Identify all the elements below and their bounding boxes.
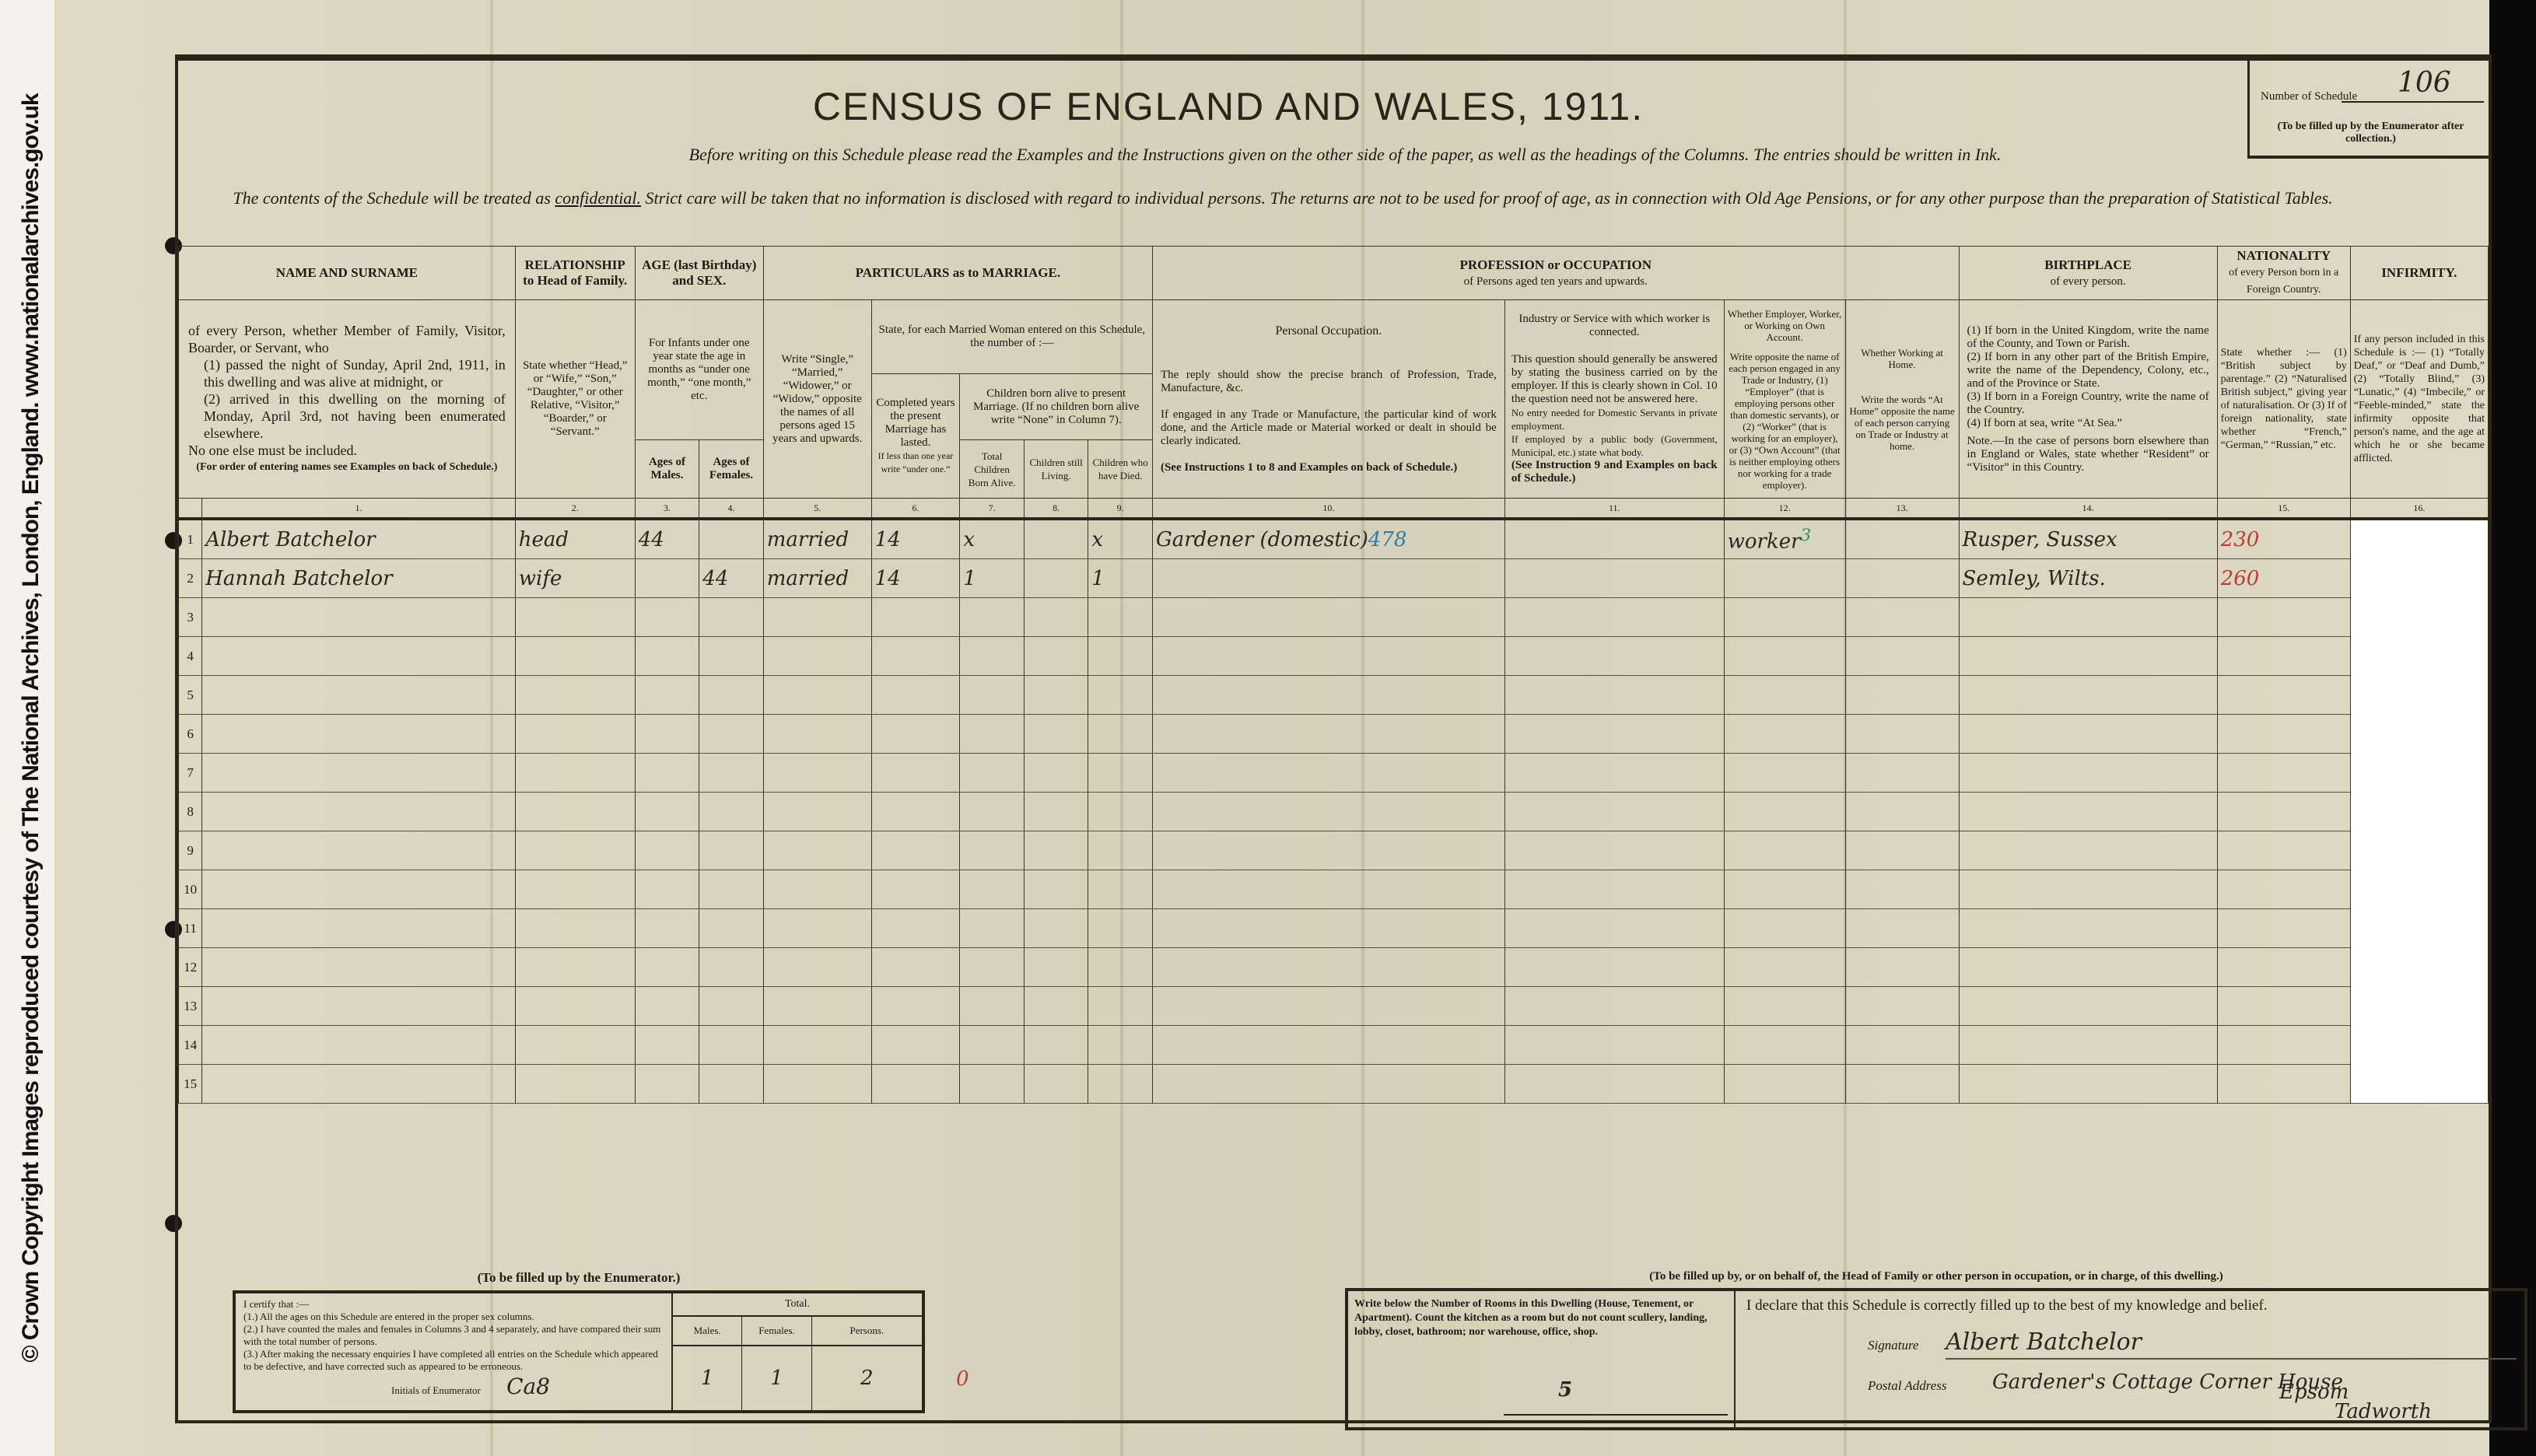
cell-birth-code <box>2217 754 2350 793</box>
cell-birthplace <box>1959 1065 2217 1104</box>
cell-years-married <box>871 1026 960 1065</box>
cell-condition <box>763 870 871 909</box>
schedule-number-note: (To be filled up by the Enumerator after… <box>2261 121 2481 145</box>
header-nationality: NATIONALITYof every Person born in a For… <box>2217 247 2350 300</box>
cell-still-living <box>1024 519 1088 559</box>
table-row: 15 <box>179 1065 2489 1104</box>
cell-birth-code <box>2217 948 2350 987</box>
cell-age-female <box>699 715 764 754</box>
cell-at-home <box>1845 793 1959 831</box>
cell-employer-status <box>1724 831 1845 870</box>
enumerator-box: I certify that :— (1.) All the ages on t… <box>233 1290 925 1413</box>
cell-birthplace <box>1959 987 2217 1026</box>
cell-relationship <box>515 598 635 637</box>
cell-total-born <box>960 909 1025 948</box>
table-row: 2Hannah Batchelorwife44married1411Semley… <box>179 559 2489 598</box>
cell-name <box>202 637 516 676</box>
cell-relationship <box>515 754 635 793</box>
cell-age-female <box>699 676 764 715</box>
column-number: 4. <box>699 499 764 520</box>
declaration: I declare that this Schedule is correctl… <box>1736 1291 2524 1427</box>
rooms-count: 5 <box>1558 1383 1572 1397</box>
cell-died <box>1088 1026 1153 1065</box>
cell-birth-code <box>2217 715 2350 754</box>
column-number: 9. <box>1088 499 1153 520</box>
cell-birthplace <box>1959 676 2217 715</box>
cell-condition: married <box>763 519 871 559</box>
cell-at-home <box>1845 948 1959 987</box>
enumerator-caption: (To be filled up by the Enumerator.) <box>233 1270 925 1286</box>
cell-name <box>202 909 516 948</box>
cell-condition <box>763 1065 871 1104</box>
cell-n: 14 <box>179 1026 202 1065</box>
cell-died <box>1088 870 1153 909</box>
cell-relationship <box>515 870 635 909</box>
householder-caption: (To be filled up by, or on behalf of, th… <box>1345 1270 2527 1283</box>
cell-years-married <box>871 598 960 637</box>
cell-industry <box>1504 831 1724 870</box>
header-age: AGE (last Birthday) and SEX. <box>635 247 763 300</box>
column-number: 10. <box>1152 499 1504 520</box>
cell-still-living <box>1024 909 1088 948</box>
cell-at-home <box>1845 715 1959 754</box>
cell-birthplace <box>1959 754 2217 793</box>
cell-n: 15 <box>179 1065 202 1104</box>
cell-birthplace <box>1959 637 2217 676</box>
cell-condition <box>763 598 871 637</box>
age-instructions: For Infants under one year state the age… <box>635 300 763 440</box>
cell-total-born <box>960 793 1025 831</box>
occupation-code: 478 <box>1368 528 1407 551</box>
cell-relationship <box>515 1026 635 1065</box>
cell-still-living <box>1024 559 1088 598</box>
cell-employer-status <box>1724 559 1845 598</box>
cell-name <box>202 870 516 909</box>
column-number: 6. <box>871 499 960 520</box>
census-schedule: CENSUS OF ENGLAND AND WALES, 1911. Befor… <box>54 0 2489 1456</box>
column-number: 2. <box>515 499 635 520</box>
header-infirmity: INFIRMITY. <box>2350 247 2488 300</box>
infirmity-instructions: If any person included in this Schedule … <box>2350 300 2488 499</box>
cell-birth-code <box>2217 598 2350 637</box>
header-birthplace: BIRTHPLACEof every person. <box>1959 247 2217 300</box>
confidential-notice: The contents of the Schedule will be tre… <box>194 185 2372 212</box>
cell-died <box>1088 1065 1153 1104</box>
cell-still-living <box>1024 793 1088 831</box>
cell-birth-code: 260 <box>2217 559 2350 598</box>
address-line-2: Tadworth <box>2335 1400 2432 1423</box>
cell-age-male <box>635 1026 699 1065</box>
cell-years-married <box>871 715 960 754</box>
schedule-number-line <box>2342 101 2484 103</box>
cell-birth-code <box>2217 676 2350 715</box>
cell-industry <box>1504 598 1724 637</box>
cell-died <box>1088 987 1153 1026</box>
cell-relationship <box>515 715 635 754</box>
table-row: 8 <box>179 793 2489 831</box>
cell-age-female: 44 <box>699 559 764 598</box>
cell-occupation <box>1152 637 1504 676</box>
cell-at-home <box>1845 1026 1959 1065</box>
instruction-line: Before writing on this Schedule please r… <box>412 145 2279 165</box>
red-zero-mark: 0 <box>956 1367 969 1391</box>
cell-n: 2 <box>179 559 202 598</box>
column-number: 8. <box>1024 499 1088 520</box>
cell-total-born <box>960 598 1025 637</box>
cell-occupation <box>1152 987 1504 1026</box>
cell-occupation <box>1152 715 1504 754</box>
column-number: 15. <box>2217 499 2350 520</box>
table-row: 3 <box>179 598 2489 637</box>
cell-condition <box>763 1026 871 1065</box>
cell-age-female <box>699 1026 764 1065</box>
cell-name <box>202 987 516 1026</box>
cell-n: 5 <box>179 676 202 715</box>
birthplace-instructions: (1) If born in the United Kingdom, write… <box>1959 300 2217 499</box>
table-row: 12 <box>179 948 2489 987</box>
cell-still-living <box>1024 637 1088 676</box>
cell-age-female <box>699 987 764 1026</box>
cell-at-home <box>1845 637 1959 676</box>
cell-age-female <box>699 793 764 831</box>
cell-died <box>1088 754 1153 793</box>
cell-birthplace <box>1959 793 2217 831</box>
cell-age-male <box>635 715 699 754</box>
cell-occupation <box>1152 1026 1504 1065</box>
cell-birthplace <box>1959 598 2217 637</box>
cell-relationship: wife <box>515 559 635 598</box>
table-row: 4 <box>179 637 2489 676</box>
table-row: 10 <box>179 870 2489 909</box>
cell-occupation <box>1152 598 1504 637</box>
column-number: 13. <box>1845 499 1959 520</box>
cell-at-home <box>1845 598 1959 637</box>
cell-employer-status <box>1724 987 1845 1026</box>
industry-instructions: Industry or Service with which worker is… <box>1504 300 1724 499</box>
cell-employer-status <box>1724 793 1845 831</box>
cell-at-home <box>1845 754 1959 793</box>
employer-instructions: Whether Employer, Worker, or Working on … <box>1724 300 1845 499</box>
cell-birthplace <box>1959 715 2217 754</box>
total-males: 1 <box>673 1346 741 1410</box>
table-row: 9 <box>179 831 2489 870</box>
cell-n: 6 <box>179 715 202 754</box>
cell-n: 7 <box>179 754 202 793</box>
ages-of-males-label: Ages of Males. <box>635 440 699 499</box>
cell-total-born <box>960 754 1025 793</box>
confidential-word: confidential. <box>555 188 641 208</box>
cell-occupation <box>1152 559 1504 598</box>
cell-total-born <box>960 676 1025 715</box>
cell-name <box>202 1026 516 1065</box>
cell-birth-code <box>2217 909 2350 948</box>
cell-age-male <box>635 598 699 637</box>
cell-n: 12 <box>179 948 202 987</box>
cell-age-female <box>699 948 764 987</box>
cell-n: 13 <box>179 987 202 1026</box>
cell-employer-status: worker3 <box>1724 519 1845 559</box>
cell-died <box>1088 948 1153 987</box>
married-woman-instructions: State, for each Married Woman entered on… <box>871 300 1152 374</box>
cell-age-male: 44 <box>635 519 699 559</box>
cell-occupation <box>1152 1065 1504 1104</box>
cell-at-home <box>1845 870 1959 909</box>
cell-age-female <box>699 1065 764 1104</box>
cell-birth-code <box>2217 870 2350 909</box>
cell-relationship <box>515 948 635 987</box>
enumerator-certificate: I certify that :— (1.) All the ages on t… <box>236 1293 673 1410</box>
cell-at-home <box>1845 831 1959 870</box>
cell-name <box>202 676 516 715</box>
cell-still-living <box>1024 1065 1088 1104</box>
person-rows: 1Albert Batchelorhead44married14xxGarden… <box>179 519 2489 1104</box>
cell-name <box>202 598 516 637</box>
cell-birthplace: Semley, Wilts. <box>1959 559 2217 598</box>
cell-still-living <box>1024 831 1088 870</box>
cell-age-male <box>635 754 699 793</box>
cell-relationship <box>515 637 635 676</box>
cell-years-married <box>871 948 960 987</box>
personal-occupation-instructions: Personal Occupation. The reply should sh… <box>1152 300 1504 499</box>
cell-died <box>1088 676 1153 715</box>
cell-still-living <box>1024 754 1088 793</box>
header-name: NAME AND SURNAME <box>179 247 516 300</box>
cell-died <box>1088 598 1153 637</box>
cell-age-male <box>635 831 699 870</box>
cell-occupation <box>1152 870 1504 909</box>
cell-industry <box>1504 870 1724 909</box>
cell-n: 3 <box>179 598 202 637</box>
cell-n: 8 <box>179 793 202 831</box>
cell-total-born <box>960 637 1025 676</box>
column-number: 16. <box>2350 499 2488 520</box>
cell-age-male <box>635 987 699 1026</box>
cell-condition <box>763 948 871 987</box>
table-row: 7 <box>179 754 2489 793</box>
total-persons: 2 <box>812 1346 922 1410</box>
cell-industry <box>1504 987 1724 1026</box>
cell-occupation <box>1152 909 1504 948</box>
cell-birth-code <box>2217 1026 2350 1065</box>
cell-birth-code <box>2217 637 2350 676</box>
cell-birthplace <box>1959 1026 2217 1065</box>
cell-died: x <box>1088 519 1153 559</box>
cell-industry <box>1504 793 1724 831</box>
cell-condition <box>763 909 871 948</box>
cell-total-born <box>960 948 1025 987</box>
cell-birth-code <box>2217 831 2350 870</box>
cell-age-female <box>699 831 764 870</box>
cell-occupation <box>1152 793 1504 831</box>
cell-birth-code <box>2217 987 2350 1026</box>
cell-condition <box>763 987 871 1026</box>
name-instructions: of every Person, whether Member of Famil… <box>179 300 516 499</box>
cell-name: Albert Batchelor <box>202 519 516 559</box>
cell-employer-status <box>1724 676 1845 715</box>
cell-at-home <box>1845 559 1959 598</box>
cell-died: 1 <box>1088 559 1153 598</box>
table-row: 13 <box>179 987 2489 1026</box>
cell-name <box>202 831 516 870</box>
cell-condition <box>763 831 871 870</box>
cell-relationship <box>515 1065 635 1104</box>
cell-years-married <box>871 831 960 870</box>
cell-employer-status <box>1724 754 1845 793</box>
cell-industry <box>1504 1065 1724 1104</box>
signature-field: Signature Albert Batchelor <box>1868 1338 1918 1353</box>
ages-of-females-label: Ages of Females. <box>699 440 764 499</box>
cell-occupation <box>1152 831 1504 870</box>
cell-condition <box>763 637 871 676</box>
cell-age-male <box>635 676 699 715</box>
cell-birthplace <box>1959 870 2217 909</box>
cell-total-born <box>960 831 1025 870</box>
cell-relationship <box>515 831 635 870</box>
cell-age-male <box>635 637 699 676</box>
cell-at-home <box>1845 987 1959 1026</box>
cell-age-female <box>699 909 764 948</box>
cell-name <box>202 948 516 987</box>
table-row: 6 <box>179 715 2489 754</box>
table-row: 1Albert Batchelorhead44married14xxGarden… <box>179 519 2489 559</box>
column-number: 11. <box>1504 499 1724 520</box>
totals: Total. Males.1 Females.1 Persons.2 <box>673 1293 922 1410</box>
cell-birth-code <box>2217 793 2350 831</box>
cell-birthplace <box>1959 948 2217 987</box>
column-number: 1. <box>202 499 516 520</box>
cell-condition: married <box>763 559 871 598</box>
cell-still-living <box>1024 948 1088 987</box>
schedule-number-value: 106 <box>2398 67 2451 99</box>
cell-age-male <box>635 1065 699 1104</box>
postal-address-field: Postal Address Gardener's Cottage Corner… <box>1868 1378 1947 1394</box>
copyright-strip: © Crown Copyright Images reproduced cour… <box>0 0 54 1456</box>
header-marriage: PARTICULARS as to MARRIAGE. <box>763 247 1152 300</box>
cell-at-home <box>1845 519 1959 559</box>
cell-industry <box>1504 754 1724 793</box>
cell-industry <box>1504 637 1724 676</box>
cell-still-living <box>1024 598 1088 637</box>
cell-industry <box>1504 948 1724 987</box>
cell-employer-status <box>1724 1026 1845 1065</box>
total-children-label: Total Children Born Alive. <box>960 440 1025 499</box>
cell-relationship: head <box>515 519 635 559</box>
cell-total-born <box>960 1026 1025 1065</box>
cell-condition <box>763 676 871 715</box>
cell-years-married: 14 <box>871 559 960 598</box>
cell-total-born <box>960 870 1025 909</box>
at-home-instructions: Whether Working at Home. Write the words… <box>1845 300 1959 499</box>
cell-years-married <box>871 754 960 793</box>
initials-label: Initials of Enumerator <box>391 1384 481 1396</box>
cell-condition <box>763 793 871 831</box>
cell-birth-code <box>2217 1065 2350 1104</box>
nationality-instructions: State whether :— (1) “British subject by… <box>2217 300 2350 499</box>
condition-instructions: Write “Single,” “Married,” “Widower,” or… <box>763 300 871 499</box>
total-females: 1 <box>742 1346 811 1410</box>
cell-died <box>1088 831 1153 870</box>
cell-age-female <box>699 870 764 909</box>
cell-occupation: Gardener (domestic)478 <box>1152 519 1504 559</box>
cell-age-male <box>635 870 699 909</box>
rooms-box: Write below the Number of Rooms in this … <box>1348 1291 1736 1427</box>
cell-age-male <box>635 559 699 598</box>
cell-n: 1 <box>179 519 202 559</box>
householder-section: (To be filled up by, or on behalf of, th… <box>1345 1270 2527 1430</box>
cell-years-married <box>871 793 960 831</box>
cell-died <box>1088 637 1153 676</box>
cell-total-born: x <box>960 519 1025 559</box>
cell-n: 4 <box>179 637 202 676</box>
children-instructions: Children born alive to present Marriage.… <box>960 374 1153 440</box>
cell-still-living <box>1024 676 1088 715</box>
cell-died <box>1088 715 1153 754</box>
column-number: 7. <box>960 499 1025 520</box>
cell-age-male <box>635 948 699 987</box>
table-row: 14 <box>179 1026 2489 1065</box>
cell-at-home <box>1845 676 1959 715</box>
cell-total-born: 1 <box>960 559 1025 598</box>
cell-at-home <box>1845 1065 1959 1104</box>
table-row: 11 <box>179 909 2489 948</box>
years-married-instructions: Completed years the present Marriage has… <box>871 374 960 499</box>
cell-employer-status <box>1724 715 1845 754</box>
householder-box: Write below the Number of Rooms in this … <box>1345 1288 2527 1430</box>
cell-years-married: 14 <box>871 519 960 559</box>
header-relationship: RELATIONSHIP to Head of Family. <box>515 247 635 300</box>
cell-birthplace <box>1959 909 2217 948</box>
cell-at-home <box>1845 909 1959 948</box>
form-frame: CENSUS OF ENGLAND AND WALES, 1911. Befor… <box>175 54 2492 1423</box>
cell-birthplace: Rusper, Sussex <box>1959 519 2217 559</box>
cell-n: 9 <box>179 831 202 870</box>
cell-industry <box>1504 676 1724 715</box>
cell-employer-status <box>1724 637 1845 676</box>
cell-birth-code: 230 <box>2217 519 2350 559</box>
cell-condition <box>763 754 871 793</box>
cell-condition <box>763 715 871 754</box>
column-number: 5. <box>763 499 871 520</box>
cell-employer-status <box>1724 870 1845 909</box>
cell-total-born <box>960 715 1025 754</box>
signature: Albert Batchelor <box>1946 1328 2142 1356</box>
children-died-label: Children who have Died. <box>1088 440 1153 499</box>
cell-occupation <box>1152 754 1504 793</box>
cell-name <box>202 754 516 793</box>
copyright-notice: © Crown Copyright Images reproduced cour… <box>12 20 50 1436</box>
page-title: CENSUS OF ENGLAND AND WALES, 1911. <box>178 84 2279 129</box>
column-number: 3. <box>635 499 699 520</box>
cell-n: 11 <box>179 909 202 948</box>
cell-age-male <box>635 793 699 831</box>
cell-still-living <box>1024 987 1088 1026</box>
cell-years-married <box>871 987 960 1026</box>
cell-birthplace <box>1959 831 2217 870</box>
cell-still-living <box>1024 1026 1088 1065</box>
column-number: 12. <box>1724 499 1845 520</box>
cell-occupation <box>1152 948 1504 987</box>
cell-total-born <box>960 1065 1025 1104</box>
header-occupation: PROFESSION or OCCUPATIONof Persons aged … <box>1152 247 1959 300</box>
cell-name <box>202 1065 516 1104</box>
column-number: 14. <box>1959 499 2217 520</box>
cell-industry <box>1504 1026 1724 1065</box>
cell-employer-status <box>1724 1065 1845 1104</box>
cell-years-married <box>871 909 960 948</box>
cell-n: 10 <box>179 870 202 909</box>
cell-relationship <box>515 676 635 715</box>
cell-name <box>202 793 516 831</box>
